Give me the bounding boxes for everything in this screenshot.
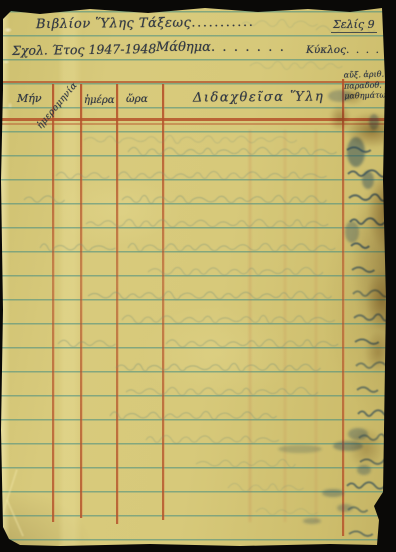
column-rule-3: [116, 84, 118, 524]
column-rule-1: [52, 84, 54, 522]
header-bottom-rule: [0, 118, 396, 121]
column-rule-4: [162, 84, 164, 520]
notebook-page: Βιβλίον Ὕλης Τάξεως........... Σελίς 9 Σ…: [0, 0, 396, 552]
cycle-field: Κύκλος. . . . . .: [306, 44, 396, 56]
header-bottom-rule-2: [0, 123, 396, 125]
title-dotted-leader: ...........: [191, 15, 254, 31]
bleedthrough-rule-3: [315, 130, 317, 522]
header-top-rule: [0, 81, 396, 83]
column-header-hour: ὥρα: [126, 93, 148, 105]
column-header-taught-material: Διδαχθεῖσα Ὕλη: [193, 89, 324, 105]
page-number: Σελίς 9: [331, 18, 377, 33]
column-header-lesson-serial-number: αὔξ. ἀριθ. παραδοθ. μαθημάτων: [344, 69, 391, 102]
cycle-dotted-leader: . . . . . .: [346, 44, 396, 56]
cycle-label: Κύκλος: [306, 44, 346, 56]
column-rule-2: [80, 84, 82, 518]
bleedthrough-rule-2: [284, 130, 286, 522]
serial-header-line-1: αὔξ. ἀριθ.: [344, 69, 390, 81]
subject-label: Μάθημα: [156, 40, 211, 55]
page-title-text: Βιβλίον Ὕλης Τάξεως: [36, 16, 191, 33]
column-header-day: ἡμέρα: [84, 95, 115, 106]
paper-crease: [6, 499, 24, 536]
subject-field: Μάθημα. . . . . . .: [156, 40, 285, 55]
subject-dotted-leader: . . . . . . .: [211, 40, 286, 55]
bleedthrough-rule-1: [249, 130, 251, 522]
column-rule-right: [342, 79, 344, 536]
paper-crease: [0, 469, 17, 530]
column-header-month: Μήν: [17, 92, 42, 105]
photo-background: Βιβλίον Ὕλης Τάξεως........... Σελίς 9 Σ…: [0, 0, 396, 552]
school-year: Σχολ. Έτος 1947-1948: [12, 41, 157, 58]
page-title: Βιβλίον Ὕλης Τάξεως...........: [36, 15, 255, 32]
serial-header-line-3: μαθημάτων: [344, 90, 390, 102]
